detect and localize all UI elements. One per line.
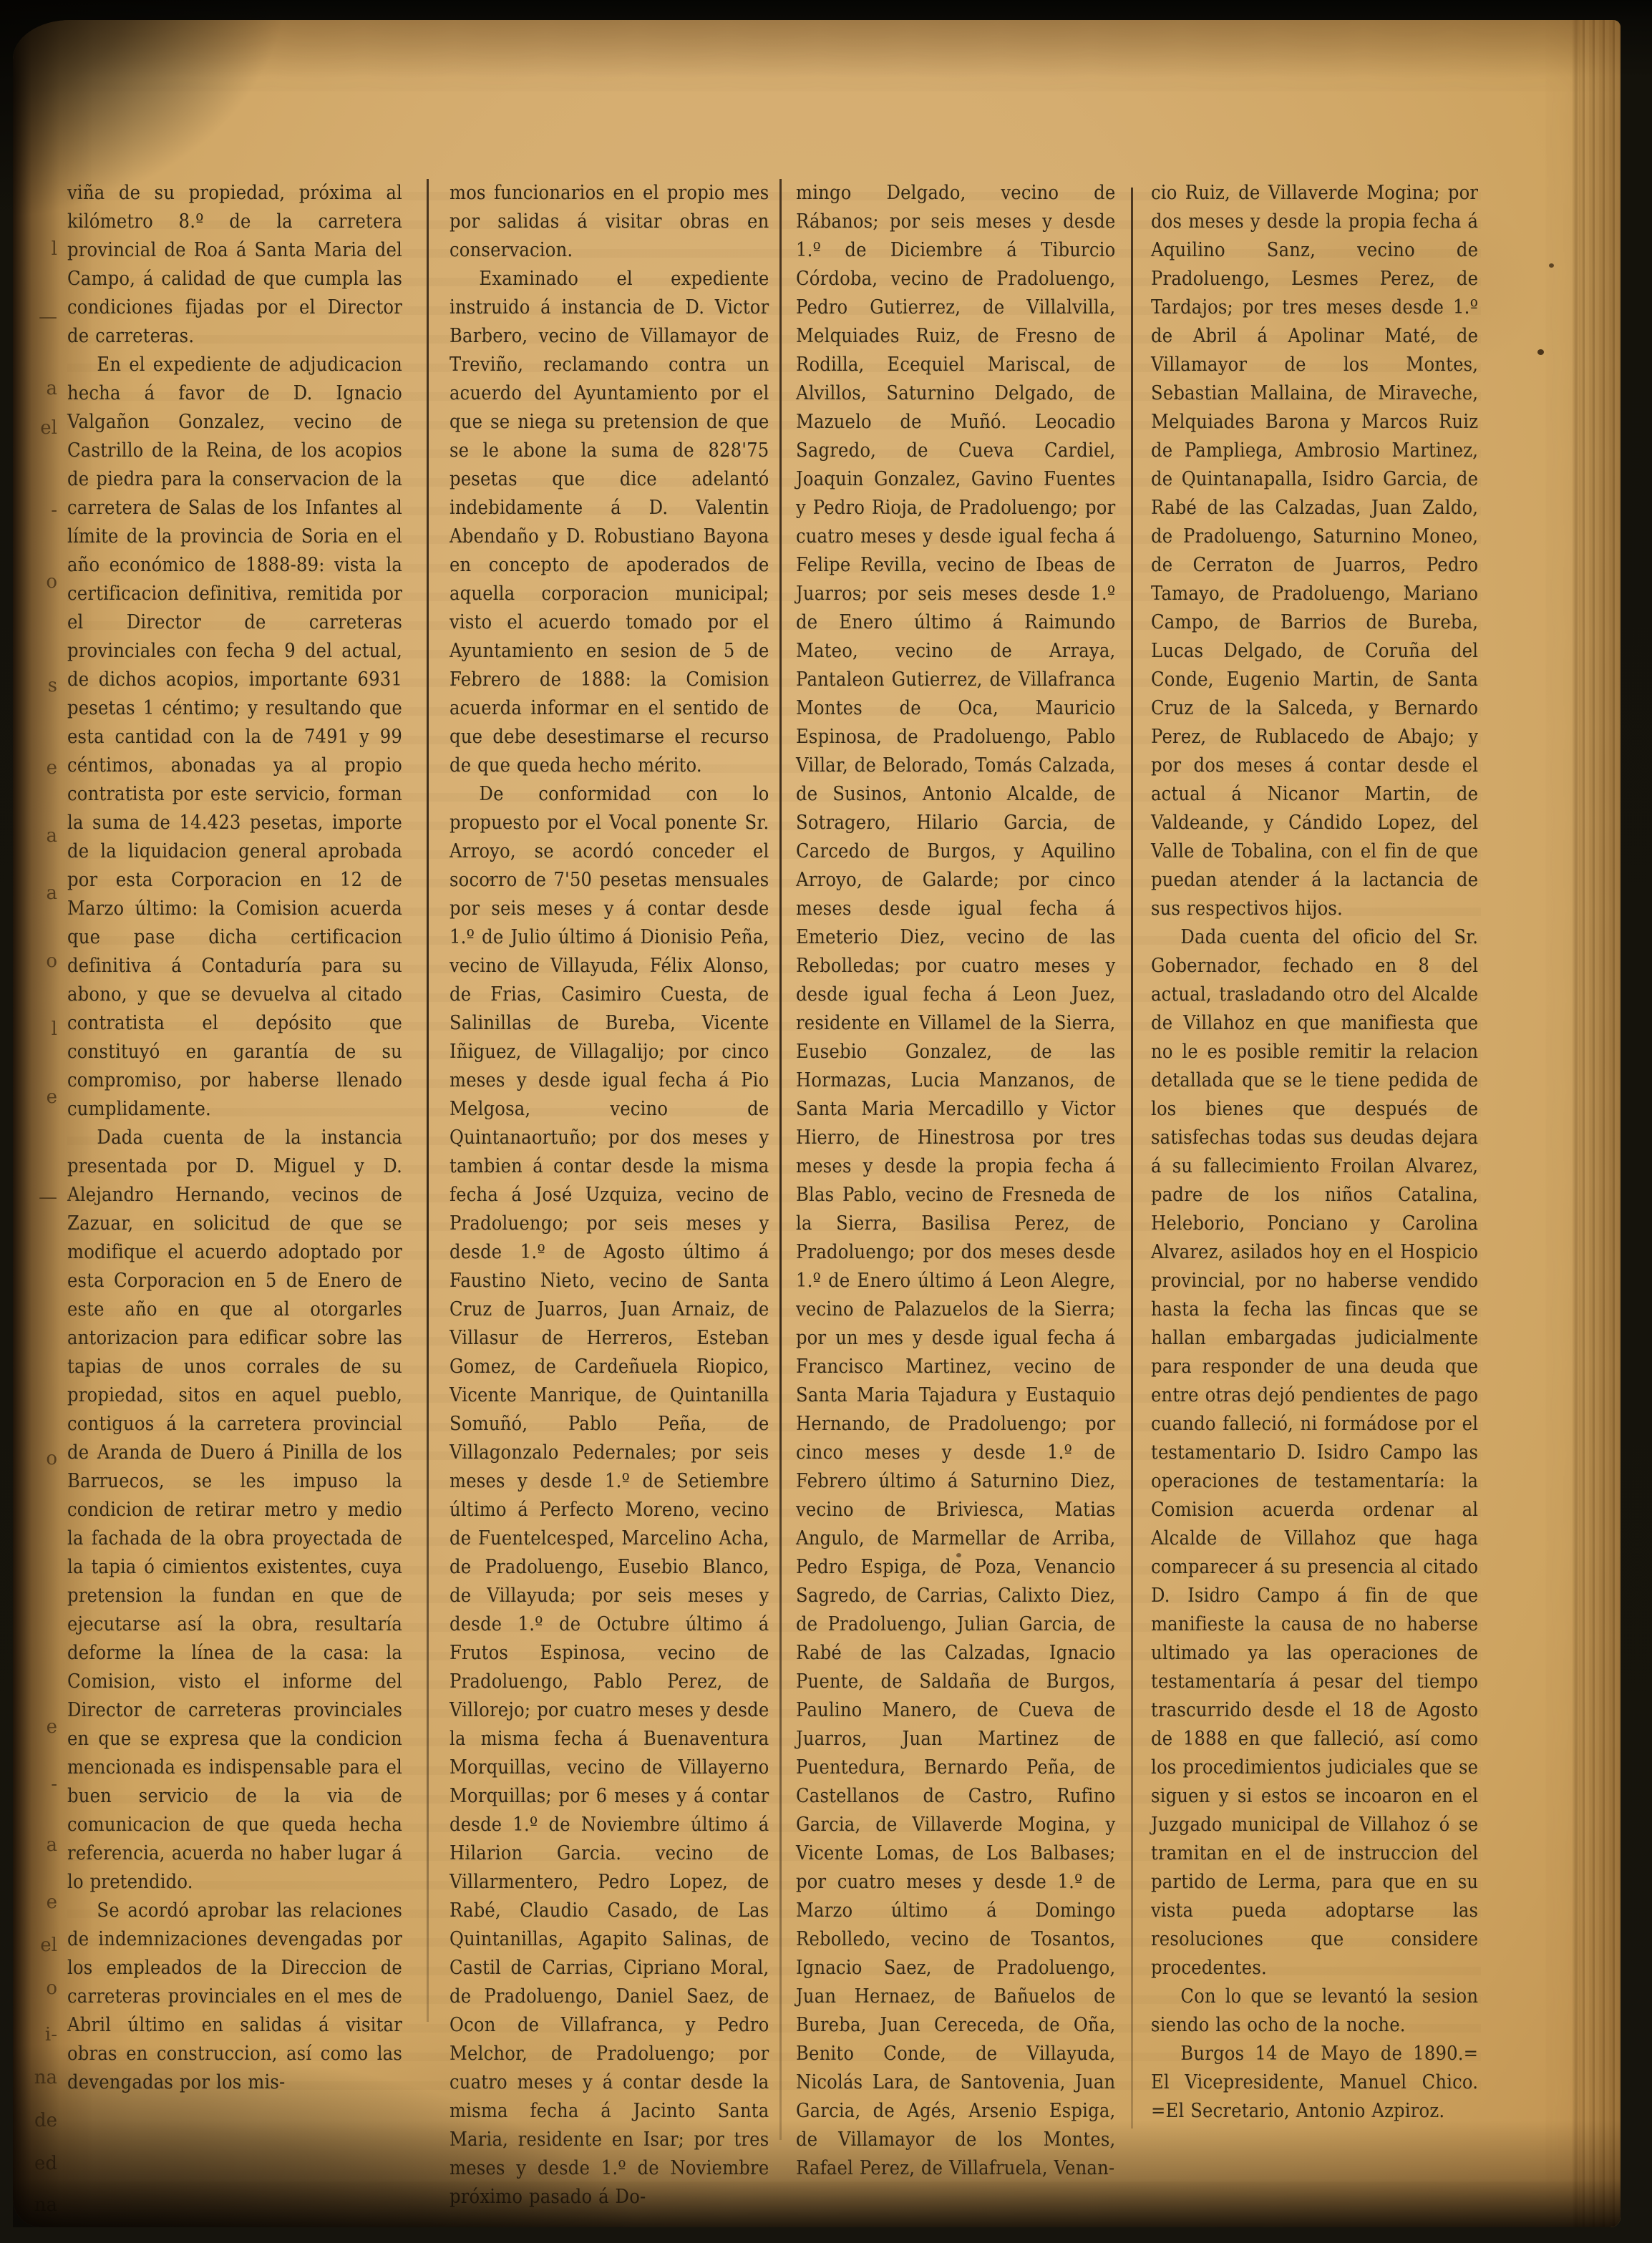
margin-letter-fragment: i- — [19, 2025, 57, 2044]
margin-letter-fragment: l — [19, 240, 57, 258]
margin-letter-fragment: a — [19, 827, 57, 845]
margin-letter-fragment: - — [19, 1775, 57, 1794]
paragraph: viña de su propiedad, próxima al kilómet… — [67, 179, 402, 351]
margin-letter-fragment: l — [19, 1020, 57, 1038]
margin-letter-fragment: - — [19, 501, 57, 520]
paragraph: Examinado el expediente instruido á inst… — [450, 265, 769, 780]
column-divider-1 — [427, 179, 429, 2022]
page-edge-crease — [1572, 20, 1580, 2227]
paragraph: Se acordó aprobar las relaciones de inde… — [67, 1897, 402, 2097]
margin-letter-fragment: el — [19, 1936, 57, 1955]
text-column-4: cio Ruiz, de Villaverde Mogina; por dos … — [1151, 179, 1478, 2126]
page-top-shadow — [13, 20, 1621, 77]
margin-letter-fragment: na — [19, 2196, 57, 2214]
paper-speck — [1549, 263, 1554, 268]
paragraph: mingo Delgado, vecino de Rábanos; por se… — [796, 179, 1115, 2183]
column-divider-2 — [779, 179, 782, 2140]
paragraph: cio Ruiz, de Villaverde Mogina; por dos … — [1151, 179, 1478, 923]
paragraph: En el expediente de adjudicacion hecha á… — [67, 351, 402, 1124]
paragraph: Dada cuenta del oficio del Sr. Gobernado… — [1151, 923, 1478, 1982]
page-edge — [1579, 20, 1621, 2227]
scanned-book-page: { "document": { "language": "es", "kind"… — [0, 0, 1652, 2243]
margin-letter-fragment: de — [19, 2111, 57, 2130]
text-column-2: mos funcionarios en el propio mes por sa… — [450, 179, 769, 2212]
margin-letter-fragment: o — [19, 1449, 57, 1468]
margin-letter-fragment: e — [19, 1718, 57, 1736]
margin-letter-fragment: el — [19, 419, 57, 437]
margin-letter-fragment: o — [19, 573, 57, 591]
paper-speck — [488, 877, 492, 881]
margin-letter-fragment: — — [19, 308, 57, 326]
paragraph: Con lo que se levantó la sesion siendo l… — [1151, 1982, 1478, 2040]
margin-letter-fragment: e — [19, 759, 57, 777]
document-page: viña de su propiedad, próxima al kilómet… — [13, 20, 1621, 2227]
paper-speck — [956, 1553, 961, 1557]
margin-letter-fragment: o — [19, 1979, 57, 1998]
margin-letter-fragment: a — [19, 379, 57, 398]
paragraph: Burgos 14 de Mayo de 1890.= El Vicepresi… — [1151, 2040, 1478, 2126]
margin-letter-fragment: o — [19, 952, 57, 970]
text-column-3: mingo Delgado, vecino de Rábanos; por se… — [796, 179, 1115, 2183]
paragraph: De conformidad con lo propuesto por el V… — [450, 780, 769, 2212]
margin-letter-fragment: na — [19, 2068, 57, 2087]
margin-letter-fragment: e — [19, 1893, 57, 1912]
margin-letter-fragment: e — [19, 1088, 57, 1106]
margin-letter-fragment: a — [19, 884, 57, 902]
paragraph: Dada cuenta de la instancia presentada p… — [67, 1124, 402, 1897]
paragraph: mos funcionarios en el propio mes por sa… — [450, 179, 769, 265]
text-column-1: viña de su propiedad, próxima al kilómet… — [67, 179, 402, 2097]
margin-letter-fragment: — — [19, 1188, 57, 1207]
paper-speck — [1537, 349, 1544, 355]
margin-letter-fragment: s — [19, 676, 57, 695]
margin-letter-fragment: a — [19, 1836, 57, 1854]
column-divider-3 — [1131, 188, 1133, 2128]
margin-letter-fragment: ed — [19, 2154, 57, 2173]
